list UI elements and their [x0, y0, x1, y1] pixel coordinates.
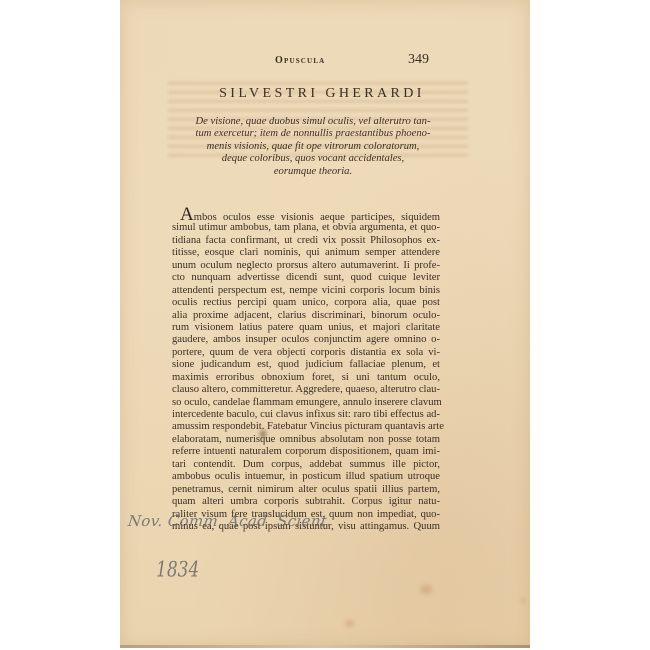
body-line: simul utimur ambobus, tam plana, et obvi… — [172, 222, 440, 234]
body-line: Ambos oculos esse visionis aeque partici… — [172, 210, 440, 222]
body-line: unum oculum neglecto prorsus altero autu… — [172, 260, 440, 272]
body-line: gaudere, ambos insuper oculos conjunctim… — [172, 334, 440, 346]
handwritten-citation-note: Nov. Comm. Acad. Scient. — [127, 512, 333, 530]
body-line: cto nunquam advertisse dicendi sunt, quo… — [172, 272, 440, 284]
body-line: oculis rectius percipi quam unico, corpo… — [172, 297, 440, 309]
body-paragraph: Ambos oculos esse visionis aeque partici… — [172, 210, 440, 533]
subtitle-line: deque coloribus, quos vocant accidentale… — [170, 153, 456, 165]
foxing-stain — [420, 585, 432, 594]
foxing-stain — [345, 620, 354, 627]
subtitle-line: eorumque theoria. — [170, 166, 456, 178]
running-title: Opuscula — [275, 55, 325, 66]
body-line: penetramus, cernit nimirum alter oculus … — [172, 484, 440, 496]
body-line: attendenti perspectum est, nempe vicini … — [172, 285, 440, 297]
body-line: elaboratam, numerisque omnibus absolutam… — [172, 434, 440, 446]
body-line: intercedente baculo, cui clavus infixus … — [172, 409, 440, 421]
document-page: Opuscula 349 SILVESTRI GHERARDI De visio… — [120, 0, 530, 648]
body-line: referre intuenti naturalem corporum disp… — [172, 446, 440, 458]
body-line: tari contendit. Dum corpus, addebat summ… — [172, 459, 440, 471]
body-line: rum visionem latius patere quam unius, e… — [172, 322, 440, 334]
body-line: clauso altero, committeretur. Aggredere,… — [172, 384, 440, 396]
foxing-stain — [520, 598, 526, 604]
body-line: so oculo, candelae flammam emungere, ann… — [172, 397, 440, 409]
body-line: titisse, eosque clari nominis, qui animu… — [172, 247, 440, 259]
body-line: ambobus oculis intuemur, in posticum ill… — [172, 471, 440, 483]
body-line-text: mbos oculos esse visionis aeque particip… — [194, 212, 440, 223]
subtitle-line: De visione, quae duobus simul oculis, ve… — [170, 116, 456, 128]
body-line: alia proxime adjacent, clarius discrimin… — [172, 310, 440, 322]
handwritten-year: 1834 — [156, 558, 199, 583]
body-line: maximis erroribus obnoxium foret, si uni… — [172, 372, 440, 384]
page-number: 349 — [408, 52, 429, 68]
subtitle-line: menis visionis, quae fit ope vitrorum co… — [170, 141, 456, 153]
body-line: portere, quum de vera objecti corporis d… — [172, 347, 440, 359]
body-line: tidiana facta confirmant, ut credi vix p… — [172, 235, 440, 247]
article-subtitle: De visione, quae duobus simul oculis, ve… — [170, 116, 456, 178]
page-bottom-edge — [120, 645, 530, 648]
subtitle-line: tum exercetur; item de nonnullis praesta… — [170, 128, 456, 140]
body-line: quam alteri umbra corporis subtrahit. Co… — [172, 496, 440, 508]
author-heading: SILVESTRI GHERARDI — [120, 86, 530, 102]
body-line: amussim respondebit. Fatebatur Vincius p… — [172, 421, 440, 433]
body-line: sione judicandum est, quod judicium fall… — [172, 359, 440, 371]
running-head: Opuscula 349 — [120, 55, 530, 71]
